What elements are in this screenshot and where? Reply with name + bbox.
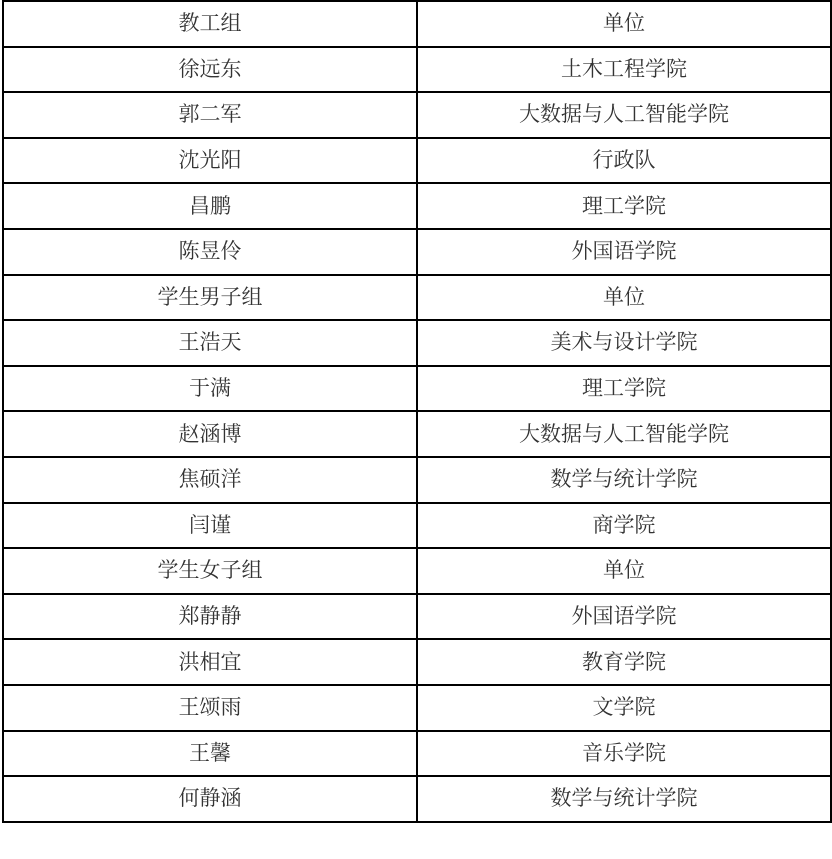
person-unit: 文学院 — [417, 685, 831, 731]
table-row: 赵涵博 大数据与人工智能学院 — [3, 411, 831, 457]
group-label: 教工组 — [3, 1, 417, 47]
table-row: 陈昱伶 外国语学院 — [3, 229, 831, 275]
person-name: 焦硕洋 — [3, 457, 417, 503]
person-unit: 商学院 — [417, 503, 831, 549]
group-label: 学生男子组 — [3, 275, 417, 321]
person-unit: 美术与设计学院 — [417, 320, 831, 366]
person-name: 郑静静 — [3, 594, 417, 640]
person-name: 郭二军 — [3, 92, 417, 138]
person-name: 王馨 — [3, 731, 417, 777]
person-unit: 理工学院 — [417, 183, 831, 229]
roster-table: 教工组 单位 徐远东 土木工程学院 郭二军 大数据与人工智能学院 沈光阳 行政队… — [2, 0, 832, 823]
person-name: 王浩天 — [3, 320, 417, 366]
person-unit: 理工学院 — [417, 366, 831, 412]
person-unit: 数学与统计学院 — [417, 776, 831, 822]
table-row: 洪相宜 教育学院 — [3, 639, 831, 685]
roster-table-container: 教工组 单位 徐远东 土木工程学院 郭二军 大数据与人工智能学院 沈光阳 行政队… — [2, 0, 832, 823]
table-row: 王浩天 美术与设计学院 — [3, 320, 831, 366]
person-unit: 大数据与人工智能学院 — [417, 92, 831, 138]
person-unit: 数学与统计学院 — [417, 457, 831, 503]
table-row: 郑静静 外国语学院 — [3, 594, 831, 640]
person-name: 王颂雨 — [3, 685, 417, 731]
person-name: 徐远东 — [3, 47, 417, 93]
group-label: 学生女子组 — [3, 548, 417, 594]
person-name: 赵涵博 — [3, 411, 417, 457]
table-row: 于满 理工学院 — [3, 366, 831, 412]
person-name: 闫谨 — [3, 503, 417, 549]
person-unit: 行政队 — [417, 138, 831, 184]
person-name: 陈昱伶 — [3, 229, 417, 275]
table-row: 郭二军 大数据与人工智能学院 — [3, 92, 831, 138]
table-row: 王馨 音乐学院 — [3, 731, 831, 777]
table-row: 沈光阳 行政队 — [3, 138, 831, 184]
person-unit: 大数据与人工智能学院 — [417, 411, 831, 457]
person-unit: 土木工程学院 — [417, 47, 831, 93]
table-row: 昌鹏 理工学院 — [3, 183, 831, 229]
table-row: 何静涵 数学与统计学院 — [3, 776, 831, 822]
person-unit: 音乐学院 — [417, 731, 831, 777]
person-name: 何静涵 — [3, 776, 417, 822]
person-name: 洪相宜 — [3, 639, 417, 685]
group-header-row-male-students: 学生男子组 单位 — [3, 275, 831, 321]
table-row: 焦硕洋 数学与统计学院 — [3, 457, 831, 503]
unit-column-label: 单位 — [417, 548, 831, 594]
group-header-row-female-students: 学生女子组 单位 — [3, 548, 831, 594]
person-unit: 外国语学院 — [417, 229, 831, 275]
person-name: 于满 — [3, 366, 417, 412]
unit-column-label: 单位 — [417, 1, 831, 47]
person-name: 沈光阳 — [3, 138, 417, 184]
table-row: 徐远东 土木工程学院 — [3, 47, 831, 93]
table-row: 王颂雨 文学院 — [3, 685, 831, 731]
unit-column-label: 单位 — [417, 275, 831, 321]
person-unit: 教育学院 — [417, 639, 831, 685]
person-unit: 外国语学院 — [417, 594, 831, 640]
table-row: 闫谨 商学院 — [3, 503, 831, 549]
person-name: 昌鹏 — [3, 183, 417, 229]
group-header-row-staff: 教工组 单位 — [3, 1, 831, 47]
